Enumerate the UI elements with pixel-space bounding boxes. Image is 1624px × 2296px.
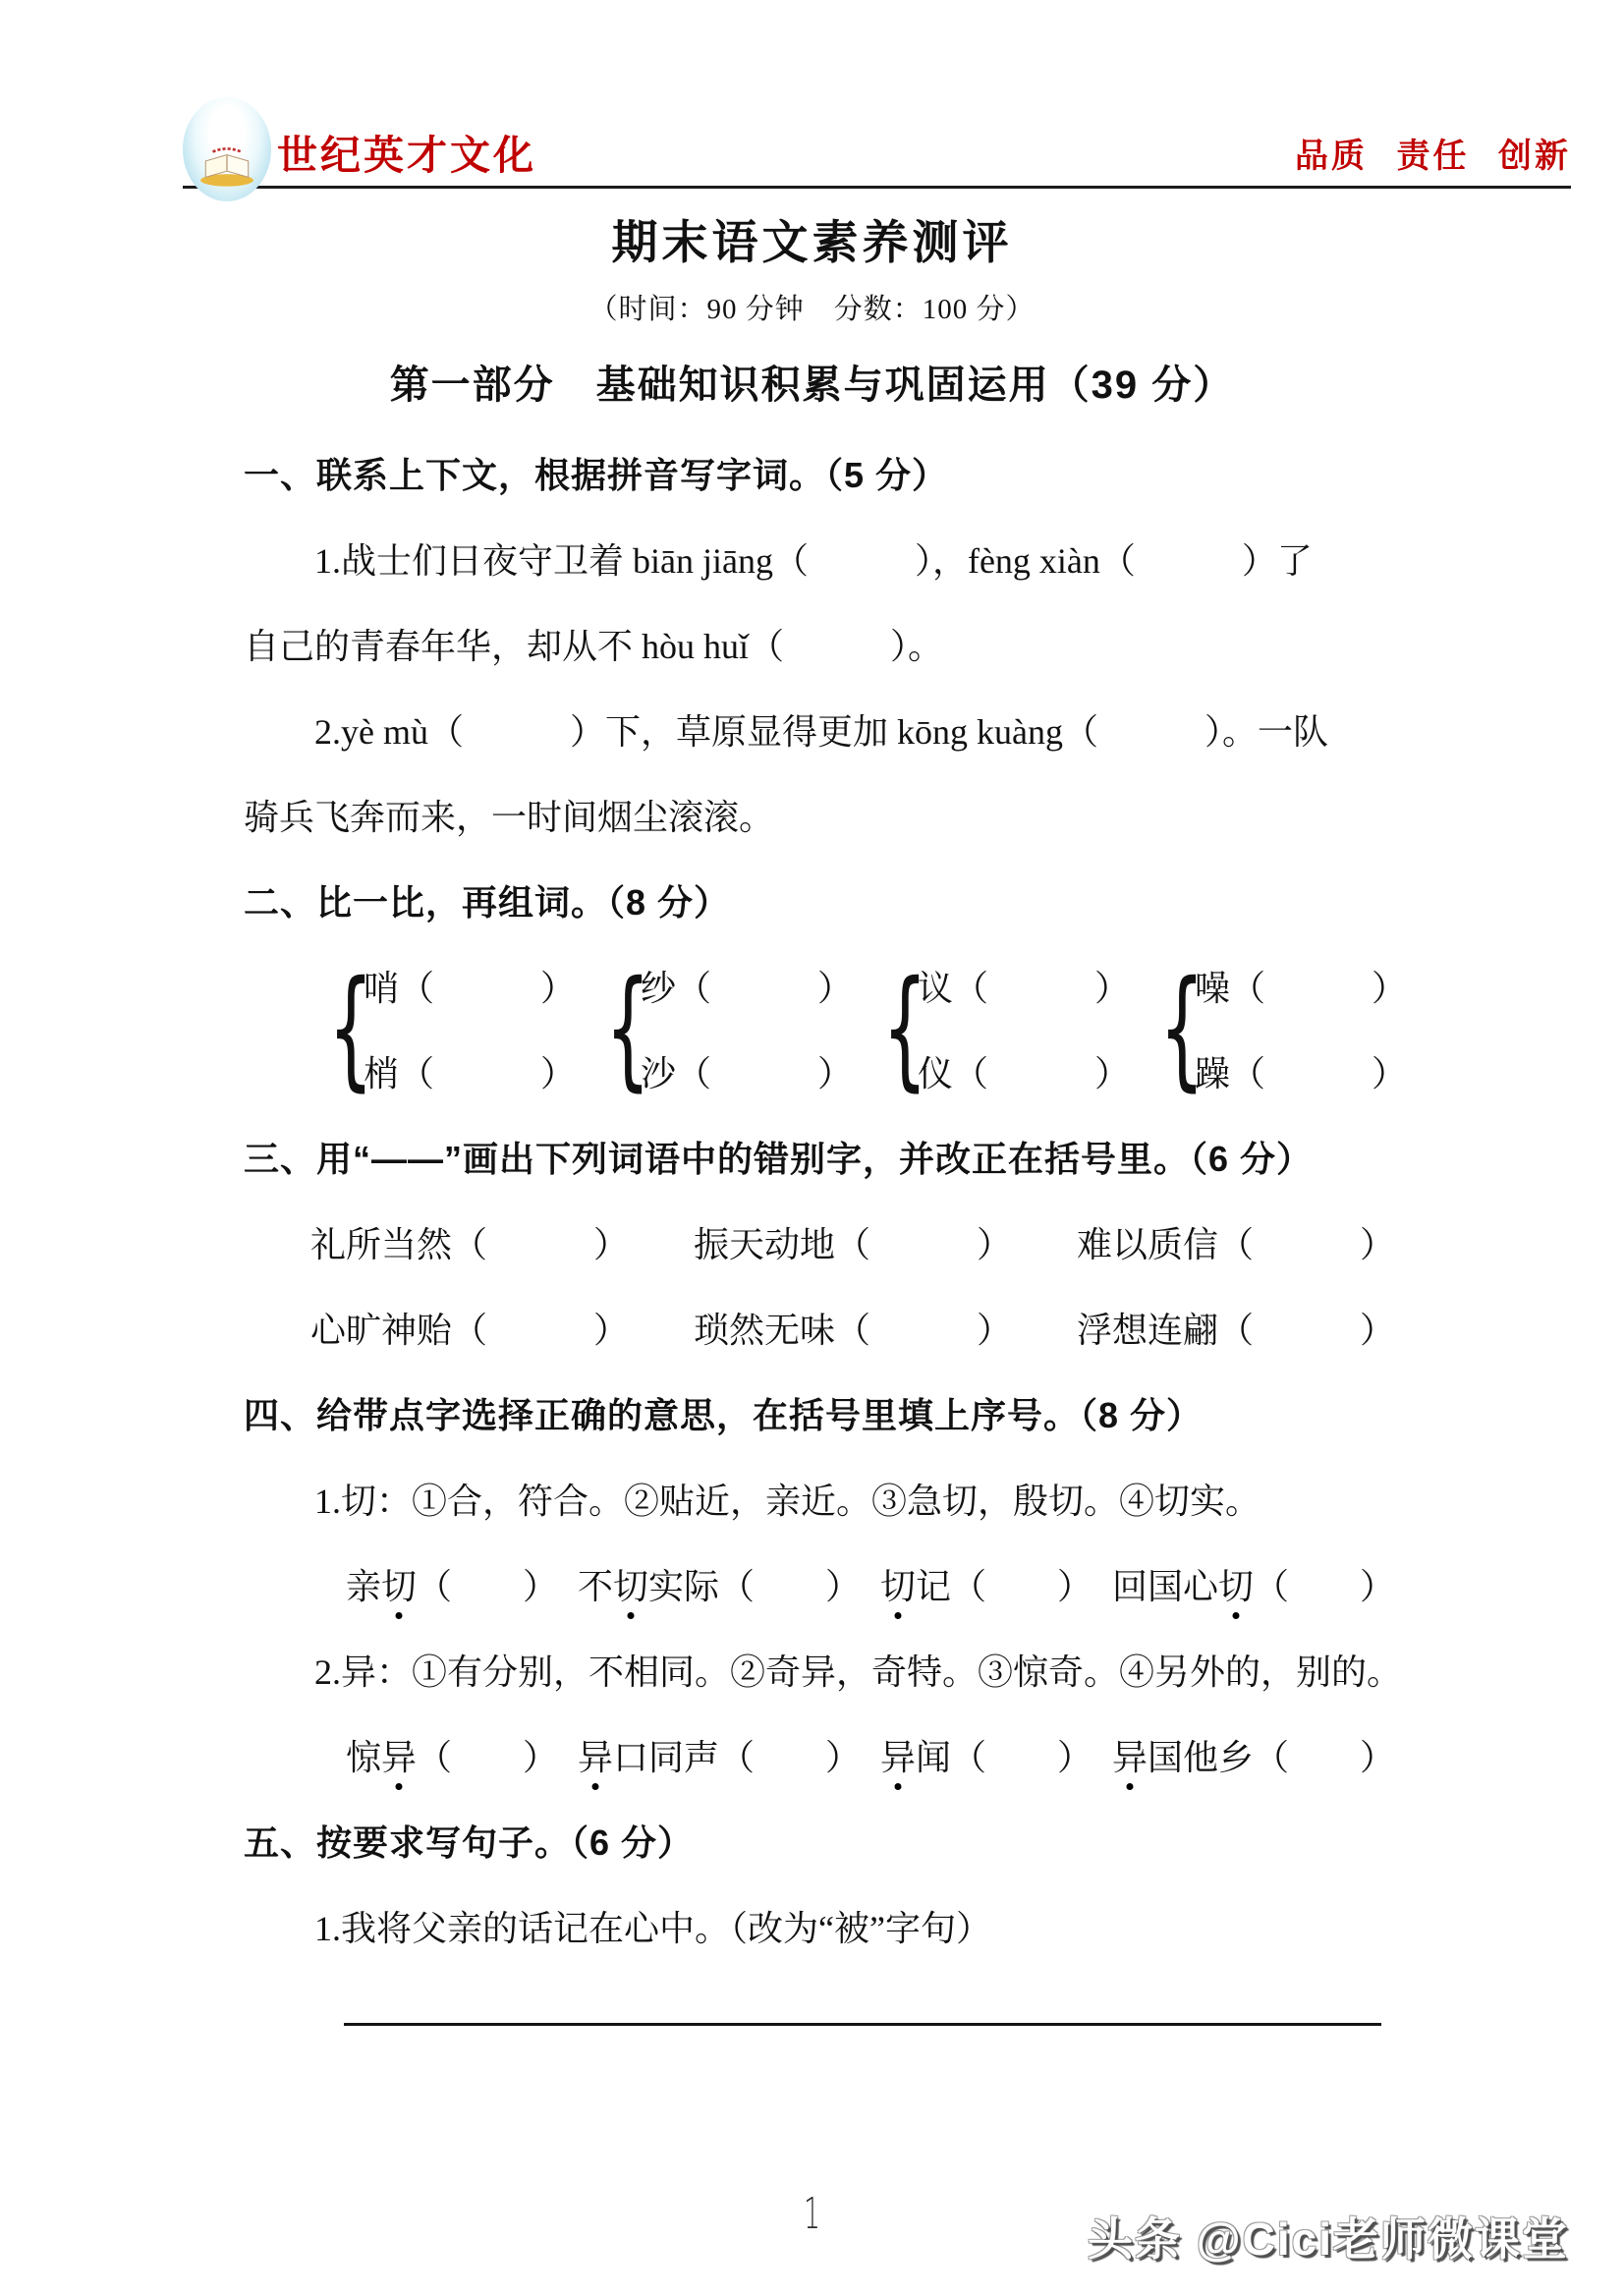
pair-top: 哨（ ） xyxy=(364,943,576,1029)
misspelling-row: 心旷神贻（ ） 琐然无味（ ） 浮想连翩（ ） xyxy=(244,1285,1395,1371)
brace-icon xyxy=(605,943,641,1114)
section-4-heading: 四、给带点字选择正确的意思，在括号里填上序号。（8 分） xyxy=(244,1371,1395,1456)
emphasis-row: 惊异（ ） 异口同声（ ） 异闻（ ） 异国他乡（ ） xyxy=(244,1712,1395,1798)
page-title: 期末语文素养测评 xyxy=(0,206,1624,272)
misspelling-item: 振天动地（ ） xyxy=(694,1217,1012,1267)
section-2-heading: 二、比一比，再组词。（8 分） xyxy=(244,858,1395,943)
brand: 世纪英才文化 xyxy=(183,97,536,186)
section-5-heading: 五、按要求写句子。（6 分） xyxy=(244,1798,1395,1883)
section-1-heading: 一、联系上下文，根据拼音写字词。（5 分） xyxy=(244,430,1395,516)
dotted-char: 异 xyxy=(381,1738,417,1777)
misspelling-item: 浮想连翩（ ） xyxy=(1077,1303,1395,1353)
pair-top: 议（ ） xyxy=(918,943,1130,1029)
emphasis-phrase: 异口同声（ ） xyxy=(578,1730,861,1780)
emphasis-phrase: 异国他乡（ ） xyxy=(1112,1730,1395,1780)
section-3-heading: 三、用“——”画出下列词语中的错别字，并改正在括号里。（6 分） xyxy=(244,1114,1395,1200)
question-line: 1.战士们日夜守卫着 biān jiāng（ ），fèng xiàn（ ）了 xyxy=(244,516,1395,601)
emphasis-phrase: 不切实际（ ） xyxy=(578,1559,861,1609)
definition-line: 1.切：①合，符合。②贴近，亲近。③急切，殷切。④切实。 xyxy=(244,1456,1395,1541)
brand-logo xyxy=(183,97,271,201)
dotted-char: 切 xyxy=(381,1567,417,1606)
exam-page: 世纪英才文化 品质 责任 创新 期末语文素养测评 （时间：90 分钟 分数：10… xyxy=(0,0,1624,2296)
question-line: 骑兵飞奔而来，一时间烟尘滚滚。 xyxy=(244,772,1395,858)
pair-bottom: 仪（ ） xyxy=(918,1029,1130,1114)
open-book-icon xyxy=(196,144,257,188)
question-line: 自己的青春年华，却从不 hòu huǐ（ ）。 xyxy=(244,601,1395,687)
dotted-char: 切 xyxy=(1218,1567,1254,1606)
question-line: 1.我将父亲的话记在心中。（改为“被”字句） xyxy=(244,1883,1395,1969)
exam-meta: （时间：90 分钟 分数：100 分） xyxy=(0,287,1624,327)
part-one-heading: 第一部分 基础知识积累与巩固运用（39 分） xyxy=(0,354,1624,410)
dotted-char: 切 xyxy=(880,1567,916,1606)
question-line: 2.yè mù（ ）下，草原显得更加 kōng kuàng（ ）。一队 xyxy=(244,687,1395,772)
dotted-char: 异 xyxy=(578,1738,613,1777)
misspelling-item: 难以质信（ ） xyxy=(1077,1217,1395,1267)
dotted-char: 异 xyxy=(880,1738,916,1777)
misspelling-item: 心旷神贻（ ） xyxy=(310,1303,629,1353)
misspelling-item: 琐然无味（ ） xyxy=(694,1303,1012,1353)
pair-top: 噪（ ） xyxy=(1195,943,1407,1029)
dotted-char: 切 xyxy=(613,1567,648,1606)
pair-top: 纱（ ） xyxy=(641,943,853,1029)
emphasis-phrase: 回国心切（ ） xyxy=(1112,1559,1395,1609)
definition-line: 2.异：①有分别，不相同。②奇异，奇特。③惊奇。④另外的，别的。 xyxy=(244,1627,1395,1712)
emphasis-phrase: 惊异（ ） xyxy=(346,1730,558,1780)
brace-icon xyxy=(1159,943,1195,1114)
brace-icon xyxy=(882,943,918,1114)
word-pair-group: 议（ ） 仪（ ） xyxy=(882,943,1159,1114)
word-pair-group: 噪（ ） 躁（ ） xyxy=(1159,943,1436,1114)
emphasis-phrase: 亲切（ ） xyxy=(346,1559,558,1609)
header-slogan: 品质 责任 创新 xyxy=(1295,140,1571,186)
emphasis-phrase: 异闻（ ） xyxy=(880,1730,1092,1780)
word-pair-group: 哨（ ） 梢（ ） xyxy=(328,943,605,1114)
exam-body: 一、联系上下文，根据拼音写字词。（5 分） 1.战士们日夜守卫着 biān ji… xyxy=(244,430,1395,2026)
emphasis-phrase: 切记（ ） xyxy=(880,1559,1092,1609)
word-pairs-block: 哨（ ） 梢（ ） 纱（ ） 沙（ ） 议（ ） 仪（ ） xyxy=(244,943,1395,1114)
misspelling-row: 礼所当然（ ） 振天动地（ ） 难以质信（ ） xyxy=(244,1200,1395,1285)
brace-icon xyxy=(328,943,364,1114)
page-header: 世纪英才文化 品质 责任 创新 xyxy=(183,77,1571,189)
watermark: 头条 @Cici老师微课堂 xyxy=(1088,2204,1569,2268)
emphasis-row: 亲切（ ） 不切实际（ ） 切记（ ） 回国心切（ ） xyxy=(244,1541,1395,1627)
dotted-char: 异 xyxy=(1112,1738,1148,1777)
word-pair-group: 纱（ ） 沙（ ） xyxy=(605,943,882,1114)
brand-name: 世纪英才文化 xyxy=(271,136,536,186)
pair-bottom: 梢（ ） xyxy=(364,1029,576,1114)
pair-bottom: 沙（ ） xyxy=(641,1029,853,1114)
answer-line xyxy=(344,2023,1381,2026)
pair-bottom: 躁（ ） xyxy=(1195,1029,1407,1114)
misspelling-item: 礼所当然（ ） xyxy=(310,1217,629,1267)
